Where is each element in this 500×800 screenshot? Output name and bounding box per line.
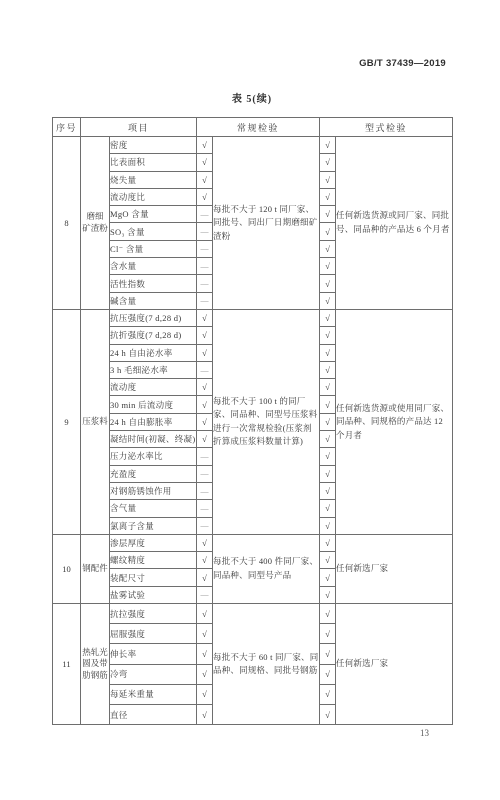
- inspection-table: 序号 项目 常规检验 型式检验 8磨细矿渣粉密度√每批不大于 120 t 同厂家…: [52, 117, 453, 725]
- regular-check-mark: √: [197, 379, 213, 396]
- table-row: 11热轧光圆及带肋钢筋抗拉强度√每批不大于 60 t 同厂家、同品种、同规格、同…: [53, 604, 453, 624]
- type-inspection-note: 任何新选货源或同厂家、同批号、同品种的产品达 6 个月者: [336, 137, 453, 310]
- type-check-mark: √: [320, 704, 336, 724]
- regular-inspection-note: 每批不大于 60 t 同厂家、同品种、同规格、同批号钢筋: [213, 604, 320, 725]
- item-name: 充盈度: [110, 465, 197, 482]
- regular-check-mark: √: [197, 552, 213, 569]
- type-check-mark: √: [320, 586, 336, 603]
- item-name: 3 h 毛细泌水率: [110, 361, 197, 378]
- type-check-mark: √: [320, 206, 336, 223]
- type-check-mark: √: [320, 188, 336, 205]
- regular-dash-mark: —: [197, 258, 213, 275]
- row-seq: 9: [53, 309, 81, 534]
- table-body: 8磨细矿渣粉密度√每批不大于 120 t 同厂家、同批号、同出厂日期磨细矿渣粉√…: [53, 137, 453, 725]
- item-name: 凝结时间(初凝、终凝): [110, 431, 197, 448]
- regular-dash-mark: —: [197, 482, 213, 499]
- material-group-name: 钢配件: [81, 534, 110, 603]
- item-name: 螺纹精度: [110, 552, 197, 569]
- item-name: 比表面积: [110, 154, 197, 171]
- type-check-mark: √: [320, 154, 336, 171]
- table-row: 8磨细矿渣粉密度√每批不大于 120 t 同厂家、同批号、同出厂日期磨细矿渣粉√…: [53, 137, 453, 154]
- type-check-mark: √: [320, 517, 336, 534]
- regular-check-mark: √: [197, 684, 213, 704]
- table-header: 序号 项目 常规检验 型式检验: [53, 118, 453, 137]
- type-check-mark: √: [320, 569, 336, 586]
- regular-check-mark: √: [197, 664, 213, 684]
- header-item: 项目: [81, 118, 197, 137]
- item-name: 氯离子含量: [110, 517, 197, 534]
- item-name: 含水量: [110, 258, 197, 275]
- item-name: 冷弯: [110, 664, 197, 684]
- regular-check-mark: √: [197, 534, 213, 551]
- row-seq: 8: [53, 137, 81, 310]
- type-check-mark: √: [320, 664, 336, 684]
- material-group-line: 肋钢筋: [81, 670, 109, 682]
- regular-inspection-note: 每批不大于 120 t 同厂家、同批号、同出厂日期磨细矿渣粉: [213, 137, 320, 310]
- type-check-mark: √: [320, 448, 336, 465]
- regular-check-mark: √: [197, 309, 213, 326]
- item-name: 伸长率: [110, 644, 197, 664]
- item-name: 30 min 后流动度: [110, 396, 197, 413]
- regular-dash-mark: —: [197, 586, 213, 603]
- regular-check-mark: √: [197, 344, 213, 361]
- document-page: GB/T 37439—2019 表 5(续) 序号 项目 常规检验 型式检验 8…: [0, 0, 500, 800]
- regular-dash-mark: —: [197, 500, 213, 517]
- regular-dash-mark: —: [197, 517, 213, 534]
- type-check-mark: √: [320, 171, 336, 188]
- type-check-mark: √: [320, 292, 336, 309]
- regular-dash-mark: —: [197, 292, 213, 309]
- item-name: 24 h 自由膨胀率: [110, 413, 197, 430]
- row-seq: 11: [53, 604, 81, 725]
- item-name: 渗层厚度: [110, 534, 197, 551]
- item-name: 每延米重量: [110, 684, 197, 704]
- item-name: 活性指数: [110, 275, 197, 292]
- header-regular-inspection: 常规检验: [197, 118, 320, 137]
- regular-check-mark: √: [197, 154, 213, 171]
- regular-check-mark: √: [197, 413, 213, 430]
- material-group-line: 热轧光: [81, 647, 109, 659]
- type-check-mark: √: [320, 431, 336, 448]
- type-check-mark: √: [320, 258, 336, 275]
- item-name: 盐雾试验: [110, 586, 197, 603]
- regular-dash-mark: —: [197, 465, 213, 482]
- item-name: 直径: [110, 704, 197, 724]
- type-check-mark: √: [320, 275, 336, 292]
- regular-check-mark: √: [197, 327, 213, 344]
- material-group-line: 钢配件: [81, 563, 109, 575]
- regular-check-mark: √: [197, 171, 213, 188]
- item-name: 抗折强度(7 d,28 d): [110, 327, 197, 344]
- item-name: 装配尺寸: [110, 569, 197, 586]
- type-check-mark: √: [320, 240, 336, 257]
- type-check-mark: √: [320, 684, 336, 704]
- item-name: 密度: [110, 137, 197, 154]
- type-check-mark: √: [320, 604, 336, 624]
- material-group-line: 矿渣粉: [81, 223, 109, 235]
- item-name: Cl⁻ 含量: [110, 240, 197, 257]
- material-group-name: 热轧光圆及带肋钢筋: [81, 604, 110, 725]
- item-name: 碱含量: [110, 292, 197, 309]
- type-check-mark: √: [320, 361, 336, 378]
- type-check-mark: √: [320, 137, 336, 154]
- material-group-name: 压浆料: [81, 309, 110, 534]
- item-name: 含气量: [110, 500, 197, 517]
- item-name: 对钢筋锈蚀作用: [110, 482, 197, 499]
- regular-inspection-note: 每批不大于 400 件同厂家、同品种、同型号产品: [213, 534, 320, 603]
- material-group-line: 圆及带: [81, 658, 109, 670]
- item-name: 流动度比: [110, 188, 197, 205]
- type-inspection-note: 任何新选厂家: [336, 534, 453, 603]
- type-check-mark: √: [320, 644, 336, 664]
- row-seq: 10: [53, 534, 81, 603]
- regular-check-mark: √: [197, 604, 213, 624]
- header-type-inspection: 型式检验: [320, 118, 453, 137]
- type-check-mark: √: [320, 327, 336, 344]
- type-check-mark: √: [320, 500, 336, 517]
- regular-check-mark: √: [197, 137, 213, 154]
- type-check-mark: √: [320, 482, 336, 499]
- regular-dash-mark: —: [197, 206, 213, 223]
- regular-check-mark: √: [197, 569, 213, 586]
- item-name: 抗压强度(7 d,28 d): [110, 309, 197, 326]
- regular-dash-mark: —: [197, 275, 213, 292]
- item-name: 24 h 自由泌水率: [110, 344, 197, 361]
- regular-check-mark: √: [197, 188, 213, 205]
- type-check-mark: √: [320, 223, 336, 240]
- regular-dash-mark: —: [197, 240, 213, 257]
- regular-dash-mark: —: [197, 223, 213, 240]
- type-check-mark: √: [320, 552, 336, 569]
- regular-check-mark: √: [197, 704, 213, 724]
- material-group-name: 磨细矿渣粉: [81, 137, 110, 310]
- regular-dash-mark: —: [197, 361, 213, 378]
- material-group-line: 压浆料: [81, 416, 109, 428]
- regular-dash-mark: —: [197, 448, 213, 465]
- type-inspection-note: 任何新选货源或使用同厂家、同品种、同规格的产品达 12 个月者: [336, 309, 453, 534]
- type-check-mark: √: [320, 396, 336, 413]
- regular-check-mark: √: [197, 431, 213, 448]
- material-group-line: 磨细: [81, 211, 109, 223]
- type-check-mark: √: [320, 344, 336, 361]
- table-row: 10钢配件渗层厚度√每批不大于 400 件同厂家、同品种、同型号产品√任何新选厂…: [53, 534, 453, 551]
- standard-number: GB/T 37439—2019: [359, 58, 446, 69]
- type-check-mark: √: [320, 534, 336, 551]
- table-title: 表 5(续): [52, 90, 452, 105]
- type-check-mark: √: [320, 379, 336, 396]
- header-seq: 序号: [53, 118, 81, 137]
- regular-check-mark: √: [197, 396, 213, 413]
- item-name: 屈服强度: [110, 624, 197, 644]
- type-check-mark: √: [320, 465, 336, 482]
- item-name: SO₃ 含量: [110, 223, 197, 240]
- item-name: 流动度: [110, 379, 197, 396]
- type-inspection-note: 任何新选厂家: [336, 604, 453, 725]
- type-check-mark: √: [320, 413, 336, 430]
- type-check-mark: √: [320, 309, 336, 326]
- page-number: 13: [420, 728, 429, 738]
- table-row: 9压浆料抗压强度(7 d,28 d)√每批不大于 100 t 的同厂家、同品种、…: [53, 309, 453, 326]
- regular-check-mark: √: [197, 644, 213, 664]
- type-check-mark: √: [320, 624, 336, 644]
- regular-check-mark: √: [197, 624, 213, 644]
- item-name: MgO 含量: [110, 206, 197, 223]
- item-name: 抗拉强度: [110, 604, 197, 624]
- header-row: 序号 项目 常规检验 型式检验: [53, 118, 453, 137]
- item-name: 烧失量: [110, 171, 197, 188]
- regular-inspection-note: 每批不大于 100 t 的同厂家、同品种、同型号压浆料进行一次常规检验(压浆剂折…: [213, 309, 320, 534]
- item-name: 压力泌水率比: [110, 448, 197, 465]
